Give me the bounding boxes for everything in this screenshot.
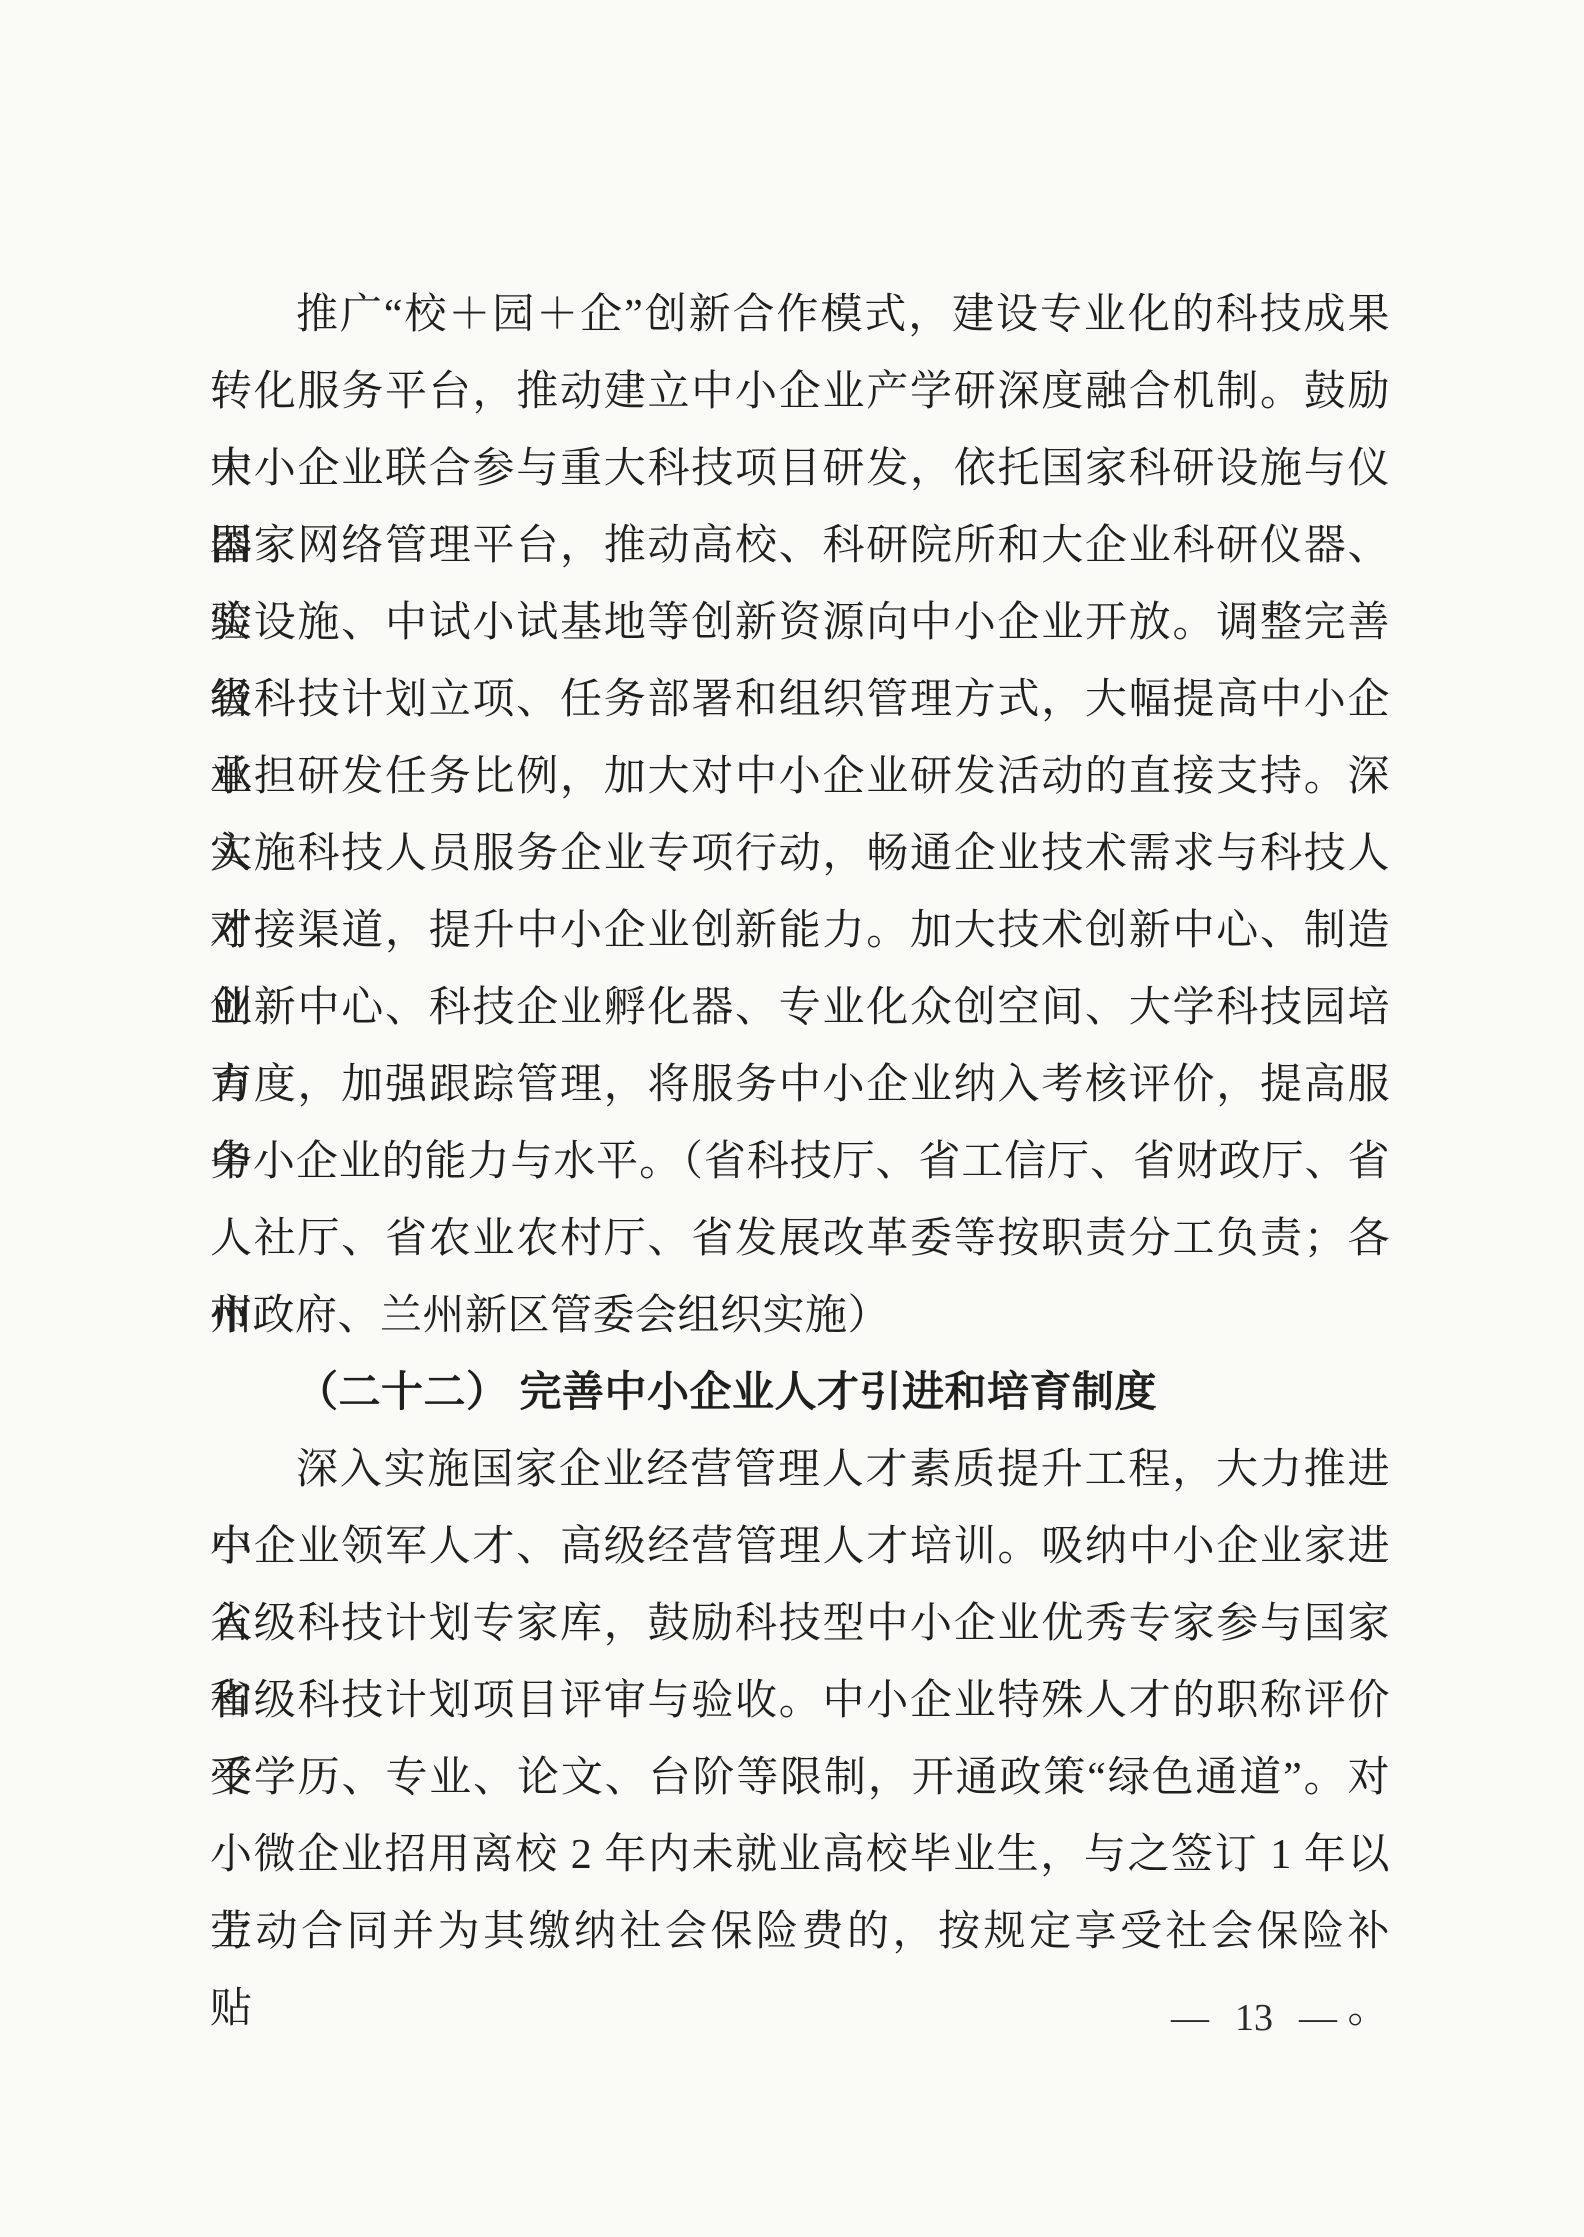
- text-line: 州政府、兰州新区管委会组织实施）: [210, 1278, 1390, 1355]
- footer-dash-left: —: [1171, 1996, 1209, 2040]
- text-line: 受学历、专业、论文、台阶等限制，开通政策“绿色通道”。对: [210, 1740, 1390, 1817]
- text-line: 小企业领军人才、高级经营管理人才培训。吸纳中小企业家进入: [210, 1509, 1390, 1586]
- text-line: 力度，加强跟踪管理，将服务中小企业纳入考核评价，提高服务: [210, 1047, 1390, 1124]
- text-line: 创新中心、科技企业孵化器、专业化众创空间、大学科技园培育: [210, 970, 1390, 1047]
- text-line: 验设施、中试小试基地等创新资源向中小企业开放。调整完善省: [210, 585, 1390, 662]
- text-line: 推广“校＋园＋企”创新合作模式，建设专业化的科技成果: [210, 277, 1390, 354]
- text-line: 省级科技计划项目评审与验收。中小企业特殊人才的职称评价不: [210, 1663, 1390, 1740]
- text-line: 实施科技人员服务企业专项行动，畅通企业技术需求与科技人才: [210, 816, 1390, 893]
- text-line: 中小企业的能力与水平。（省科技厅、省工信厅、省财政厅、省: [210, 1124, 1390, 1201]
- text-line: 对接渠道，提升中小企业创新能力。加大技术创新中心、制造业: [210, 893, 1390, 970]
- document-page: 推广“校＋园＋企”创新合作模式，建设专业化的科技成果转化服务平台，推动建立中小企…: [0, 0, 1584, 2237]
- page-number: 13: [1235, 1996, 1273, 2040]
- text-line: 转化服务平台，推动建立中小企业产学研深度融合机制。鼓励大: [210, 354, 1390, 431]
- section-heading: （二十二） 完善中小企业人才引进和培育制度: [210, 1355, 1390, 1432]
- page-footer: — 13 —: [1171, 1996, 1337, 2040]
- text-line: 人社厅、省农业农村厅、省发展改革委等按职责分工负责；各市: [210, 1201, 1390, 1278]
- text-line: 承担研发任务比例，加大对中小企业研发活动的直接支持。深入: [210, 739, 1390, 816]
- text-line: 劳动合同并为其缴纳社会保险费的，按规定享受社会保险补贴。: [210, 1894, 1390, 1971]
- text-line: 省级科技计划专家库，鼓励科技型中小企业优秀专家参与国家和: [210, 1586, 1390, 1663]
- footer-dash-right: —: [1299, 1996, 1337, 2040]
- text-line: 国家网络管理平台，推动高校、科研院所和大企业科研仪器、实: [210, 508, 1390, 585]
- text-line: 中小企业联合参与重大科技项目研发，依托国家科研设施与仪器: [210, 431, 1390, 508]
- text-line: 级科技计划立项、任务部署和组织管理方式，大幅提高中小企业: [210, 662, 1390, 739]
- text-line: 小微企业招用离校 2 年内未就业高校毕业生，与之签订 1 年以上: [210, 1817, 1390, 1894]
- document-body: 推广“校＋园＋企”创新合作模式，建设专业化的科技成果转化服务平台，推动建立中小企…: [210, 277, 1390, 1971]
- text-line: 深入实施国家企业经营管理人才素质提升工程，大力推进中: [210, 1432, 1390, 1509]
